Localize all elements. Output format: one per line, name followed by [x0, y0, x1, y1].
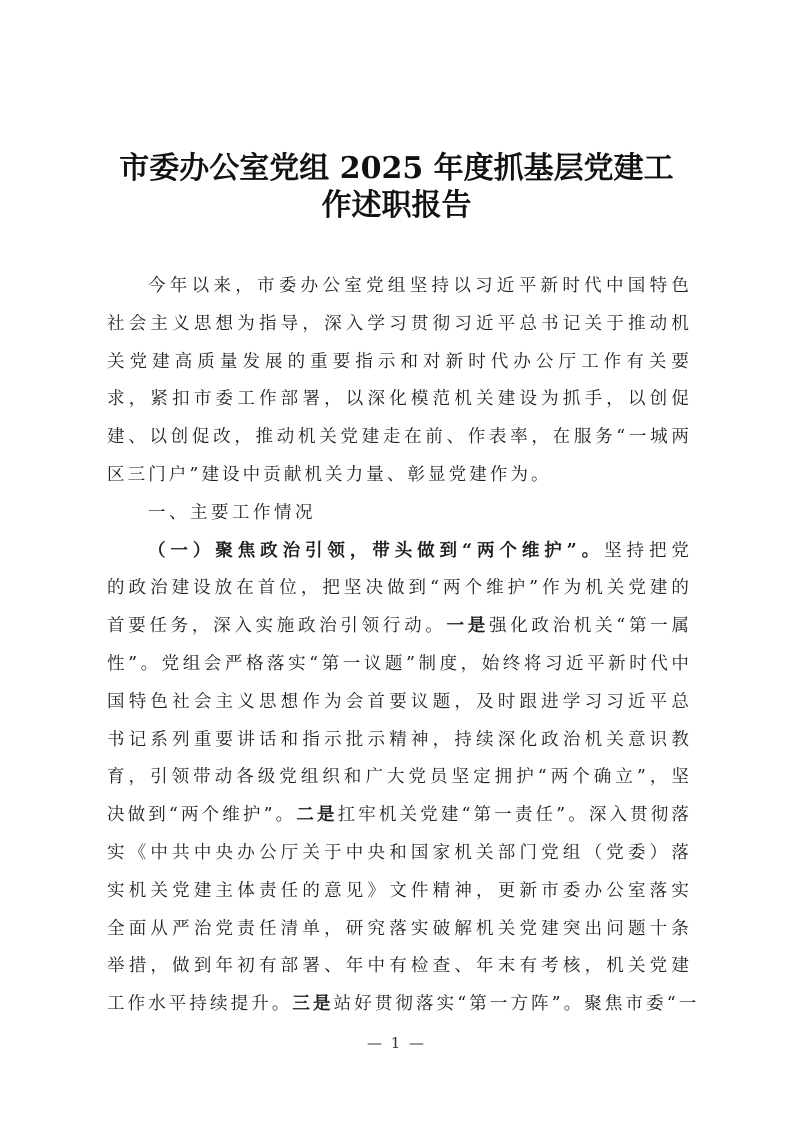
body-line: 首要任务，深入实施政治引领行动。一是强化政治机关“第一属 — [107, 608, 692, 646]
subsection-heading: （一）聚焦政治引领，带头做到“两个维护”。 — [148, 541, 604, 561]
title-line-2: 作述职报告 — [100, 187, 693, 224]
body-line: 区三门户”建设中贡献机关力量、彰显党建作为。 — [107, 457, 692, 495]
body-line: 举措，做到年初有部署、年中有检查、年末有考核，机关党建 — [107, 948, 692, 986]
title-line-1: 市委办公室党组 2025 年度抓基层党建工 — [100, 150, 693, 187]
body-line: 决做到“两个维护”。二是扛牢机关党建“第一责任”。深入贯彻落 — [107, 797, 692, 835]
point-marker: 一是 — [447, 616, 489, 636]
point-marker: 二是 — [296, 805, 337, 825]
document-page: 市委办公室党组 2025 年度抓基层党建工 作述职报告 今年以来，市委办公室党组… — [0, 0, 793, 1122]
body-line: 性”。党组会严格落实“第一议题”制度，始终将习近平新时代中 — [107, 646, 692, 684]
document-body: 今年以来，市委办公室党组坚持以习近平新时代中国特色 社会主义思想为指导，深入学习… — [107, 268, 692, 1024]
subsection-heading-line: （一）聚焦政治引领，带头做到“两个维护”。坚持把党 — [107, 533, 692, 571]
body-line: 实《中共中央办公厅关于中央和国家机关部门党组（党委）落 — [107, 835, 692, 873]
body-line: 的政治建设放在首位，把坚决做到“两个维护”作为机关党建的 — [107, 570, 692, 608]
page-number: — 1 — — [0, 1034, 793, 1052]
point-marker: 三是 — [292, 994, 333, 1014]
body-line: 国特色社会主义思想作为会首要议题，及时跟进学习习近平总 — [107, 684, 692, 722]
body-line: 实机关党建主体责任的意见》文件精神，更新市委办公室落实 — [107, 873, 692, 911]
body-line: 建、以创促改，推动机关党建走在前、作表率，在服务“一城两 — [107, 419, 692, 457]
body-line: 工作水平持续提升。三是站好贯彻落实“第一方阵”。聚焦市委“一 — [107, 986, 692, 1024]
body-line: 社会主义思想为指导，深入学习贯彻习近平总书记关于推动机 — [107, 306, 692, 344]
body-line: 全面从严治党责任清单，研究落实破解机关党建突出问题十条 — [107, 911, 692, 949]
body-line: 书记系列重要讲话和指示批示精神，持续深化政治机关意识教 — [107, 722, 692, 760]
body-line: 关党建高质量发展的重要指示和对新时代办公厅工作有关要 — [107, 344, 692, 382]
body-line: 今年以来，市委办公室党组坚持以习近平新时代中国特色 — [107, 268, 692, 306]
body-line: 求，紧扣市委工作部署，以深化模范机关建设为抓手，以创促 — [107, 381, 692, 419]
body-line: 育，引领带动各级党组织和广大党员坚定拥护“两个确立”，坚 — [107, 759, 692, 797]
document-title: 市委办公室党组 2025 年度抓基层党建工 作述职报告 — [100, 150, 693, 224]
section-heading: 一、主要工作情况 — [107, 495, 692, 533]
